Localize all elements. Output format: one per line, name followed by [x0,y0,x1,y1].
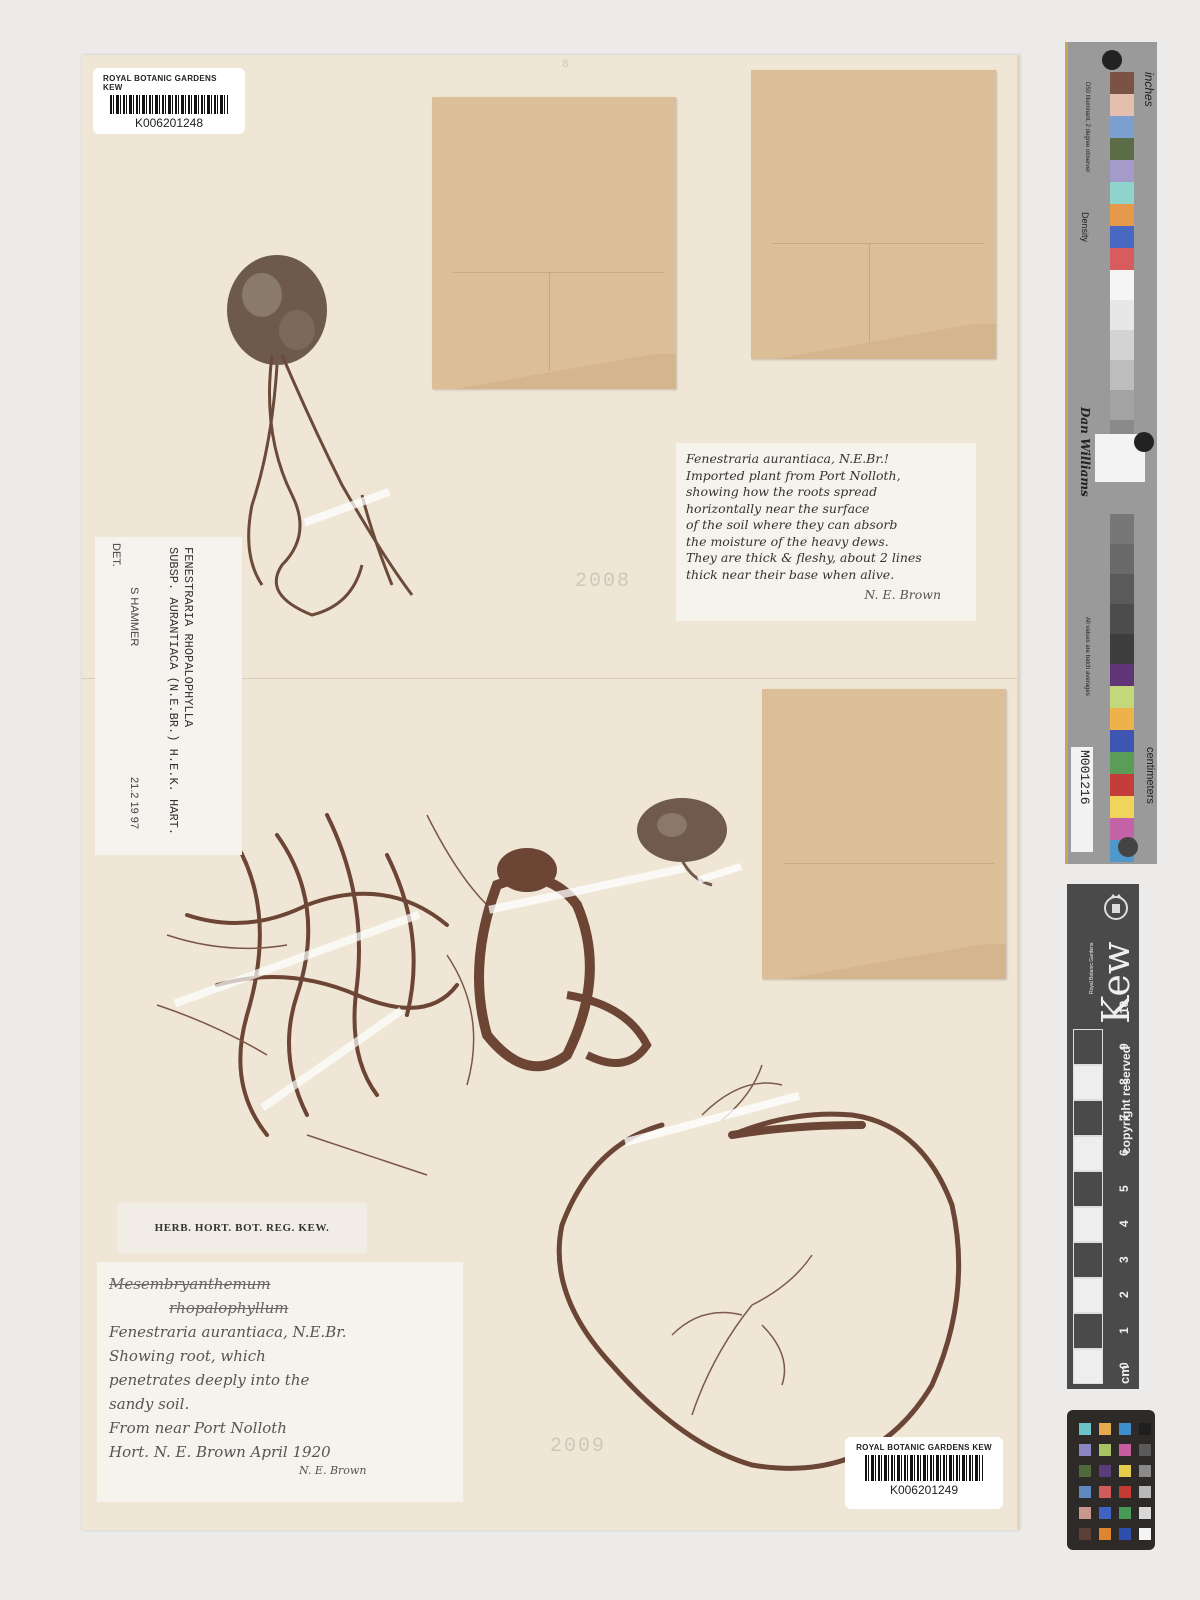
color-patch [1110,72,1134,94]
note-line: showing how the roots spread [686,484,966,501]
inches-label: inches [1142,72,1156,107]
header-note: D50 Illuminant, 2 degree observer [1084,82,1090,172]
scale-tick-label: 7 [1117,1114,1131,1121]
color-patch [1110,774,1134,796]
color-patch [1110,360,1134,390]
scale-block [1073,1065,1103,1101]
color-patch [1110,686,1134,708]
checker-swatch [1099,1444,1111,1456]
checker-swatch [1099,1507,1111,1519]
color-patch [1110,752,1134,774]
kew-logo: Kew [1094,942,1138,1024]
checker-swatch [1139,1528,1151,1540]
density-label: Density [1080,212,1090,242]
checker-swatch [1139,1486,1151,1498]
color-checker-card [1067,1410,1155,1550]
checker-swatch [1119,1444,1131,1456]
checker-swatch [1079,1444,1091,1456]
scale-tick-label: 4 [1117,1220,1131,1227]
barcode-number: K006201249 [890,1483,958,1497]
collector-note-top: Fenestraria aurantiaca, N.E.Br.! Importe… [676,443,976,621]
specimen-envelope-2[interactable] [751,70,996,359]
note-line: the moisture of the heavy dews. [686,534,966,551]
barcode-icon [110,95,228,114]
color-patch [1110,204,1134,226]
checker-swatch [1119,1486,1131,1498]
envelope-pocket [751,324,996,359]
sheet-number-upper: 2008 [575,570,631,593]
scale-block [1073,1029,1103,1065]
color-patch [1110,604,1134,634]
color-patch [1110,182,1134,204]
note-line: Showing root, which [109,1344,451,1368]
bar-dot-bottom [1118,837,1138,857]
royal-crest-icon [1101,892,1131,924]
herbarium-label: HERB. HORT. BOT. REG. KEW. [117,1203,367,1253]
det-name-line1: FENESTRARIA RHOPALOPHYLLA [181,547,195,727]
barcode-icon [865,1455,983,1481]
scale-block [1073,1278,1103,1314]
color-patch [1110,330,1134,360]
checker-swatch [1079,1528,1091,1540]
struck-name-1: Mesembryanthemum [109,1272,451,1296]
scale-block [1073,1313,1103,1349]
scale-tick-label: 5 [1117,1185,1131,1192]
scale-block [1073,1349,1103,1385]
barcode-institution: ROYAL BOTANIC GARDENS KEW [103,74,235,92]
scale-block [1073,1136,1103,1172]
envelope-flap [766,70,991,244]
scale-tick-label: 6 [1117,1149,1131,1156]
checker-swatch [1079,1486,1091,1498]
color-patch [1110,574,1134,604]
scale-tick-label: 8 [1117,1078,1131,1085]
checker-swatch [1139,1507,1151,1519]
bar-id: M001216 [1077,750,1092,805]
color-patch [1110,390,1134,420]
color-patch [1110,94,1134,116]
envelope-pocket [762,944,1006,979]
checker-swatch [1099,1423,1111,1435]
scale-block [1073,1207,1103,1243]
note-line: sandy soil. [109,1392,451,1416]
scale-tick-label: 2 [1117,1291,1131,1298]
det-prefix: DET. [110,543,122,567]
checker-swatch [1119,1465,1131,1477]
barcode-label-top: ROYAL BOTANIC GARDENS KEW K006201248 [93,68,245,134]
footer-note: All values are batch averages [1084,617,1090,696]
checker-swatch [1079,1423,1091,1435]
bar-dot-mid [1134,432,1154,452]
checker-swatch [1119,1423,1131,1435]
note-line: penetrates deeply into the [109,1368,451,1392]
scale-tick-label: 9 [1117,1043,1131,1050]
checker-swatch [1099,1528,1111,1540]
bar-dot-top [1102,50,1122,70]
color-patch [1110,160,1134,182]
det-date: 21.2 19 97 [128,777,140,829]
color-patch [1110,226,1134,248]
centimeters-label: centimeters [1144,747,1156,804]
color-patch [1110,270,1134,300]
herbarium-sheet: ROYAL BOTANIC GARDENS KEW K006201248 8 2… [82,55,1020,1530]
color-patch [1110,634,1134,664]
checker-swatch [1139,1423,1151,1435]
specimen-envelope-3[interactable] [762,689,1006,979]
struck-name-2: rhopalophyllum [109,1296,451,1320]
scale-block [1073,1242,1103,1278]
note-line: Fenestraria aurantiaca, N.E.Br. [109,1320,451,1344]
checker-swatch [1139,1465,1151,1477]
top-mark: 8 [562,59,571,71]
checker-swatch [1139,1444,1151,1456]
note-line: Fenestraria aurantiaca, N.E.Br.! [686,451,966,468]
brand-label: Dan Williams [1078,407,1092,497]
checker-swatch [1079,1507,1091,1519]
color-calibration-bar: inches D50 Illuminant, 2 degree observer… [1065,42,1157,864]
color-patch [1110,138,1134,160]
checker-swatch [1119,1507,1131,1519]
unit-label: cm [1117,1365,1132,1384]
scale-block [1073,1100,1103,1136]
color-patch [1110,664,1134,686]
note-signature: N. E. Brown [109,1464,451,1478]
det-determiner: S HAMMER [128,587,140,646]
copyright-label: copyright reserved [1119,1046,1133,1154]
checker-swatch [1119,1528,1131,1540]
envelope-pocket [432,354,676,389]
specimen-envelope-1[interactable] [432,97,676,389]
color-patch [1110,544,1134,574]
det-name-line2: SUBSP. AURANTIACA (N.E.BR.) H.E.K. HART. [166,547,180,835]
envelope-flap [777,689,1002,864]
note-line: thick near their base when alive. [686,567,966,584]
envelope-flap [447,97,672,273]
color-patch [1110,248,1134,270]
checker-swatch [1099,1486,1111,1498]
barcode-number: K006201248 [135,116,203,130]
checker-swatch [1099,1465,1111,1477]
note-line: From near Port Nolloth [109,1416,451,1440]
checker-swatch [1079,1465,1091,1477]
kew-scale-bar: Kew Royal Botanic Gardens copyright rese… [1067,884,1139,1389]
scale-tick-label: 1 [1117,1327,1131,1334]
specimen-plant-cluster [622,785,762,895]
color-patch [1110,514,1134,544]
note-line: They are thick & fleshy, about 2 lines [686,550,966,567]
color-patch [1110,300,1134,330]
determination-label: FENESTRARIA RHOPALOPHYLLA SUBSP. AURANTI… [95,537,242,855]
note-line: Imported plant from Port Nolloth, [686,468,966,485]
color-patch [1110,708,1134,730]
kew-subtitle: Royal Botanic Gardens [1089,943,1095,994]
note-line: of the soil where they can absorb [686,517,966,534]
collector-note-bottom: Mesembryanthemum rhopalophyllum Fenestra… [97,1262,463,1502]
note-line: horizontally near the surface [686,501,966,518]
color-patch [1110,116,1134,138]
scale-blocks [1073,1029,1103,1384]
color-patch [1110,796,1134,818]
note-signature: N. E. Brown [686,587,966,604]
note-line: Hort. N. E. Brown April 1920 [109,1440,451,1464]
color-patch [1110,730,1134,752]
barcode-institution: ROYAL BOTANIC GARDENS KEW [856,1443,992,1452]
barcode-label-bottom: ROYAL BOTANIC GARDENS KEW K006201249 [845,1437,1003,1509]
scale-tick-label: 3 [1117,1256,1131,1263]
scale-tick-label: 10 [1117,1001,1131,1014]
scale-block [1073,1171,1103,1207]
